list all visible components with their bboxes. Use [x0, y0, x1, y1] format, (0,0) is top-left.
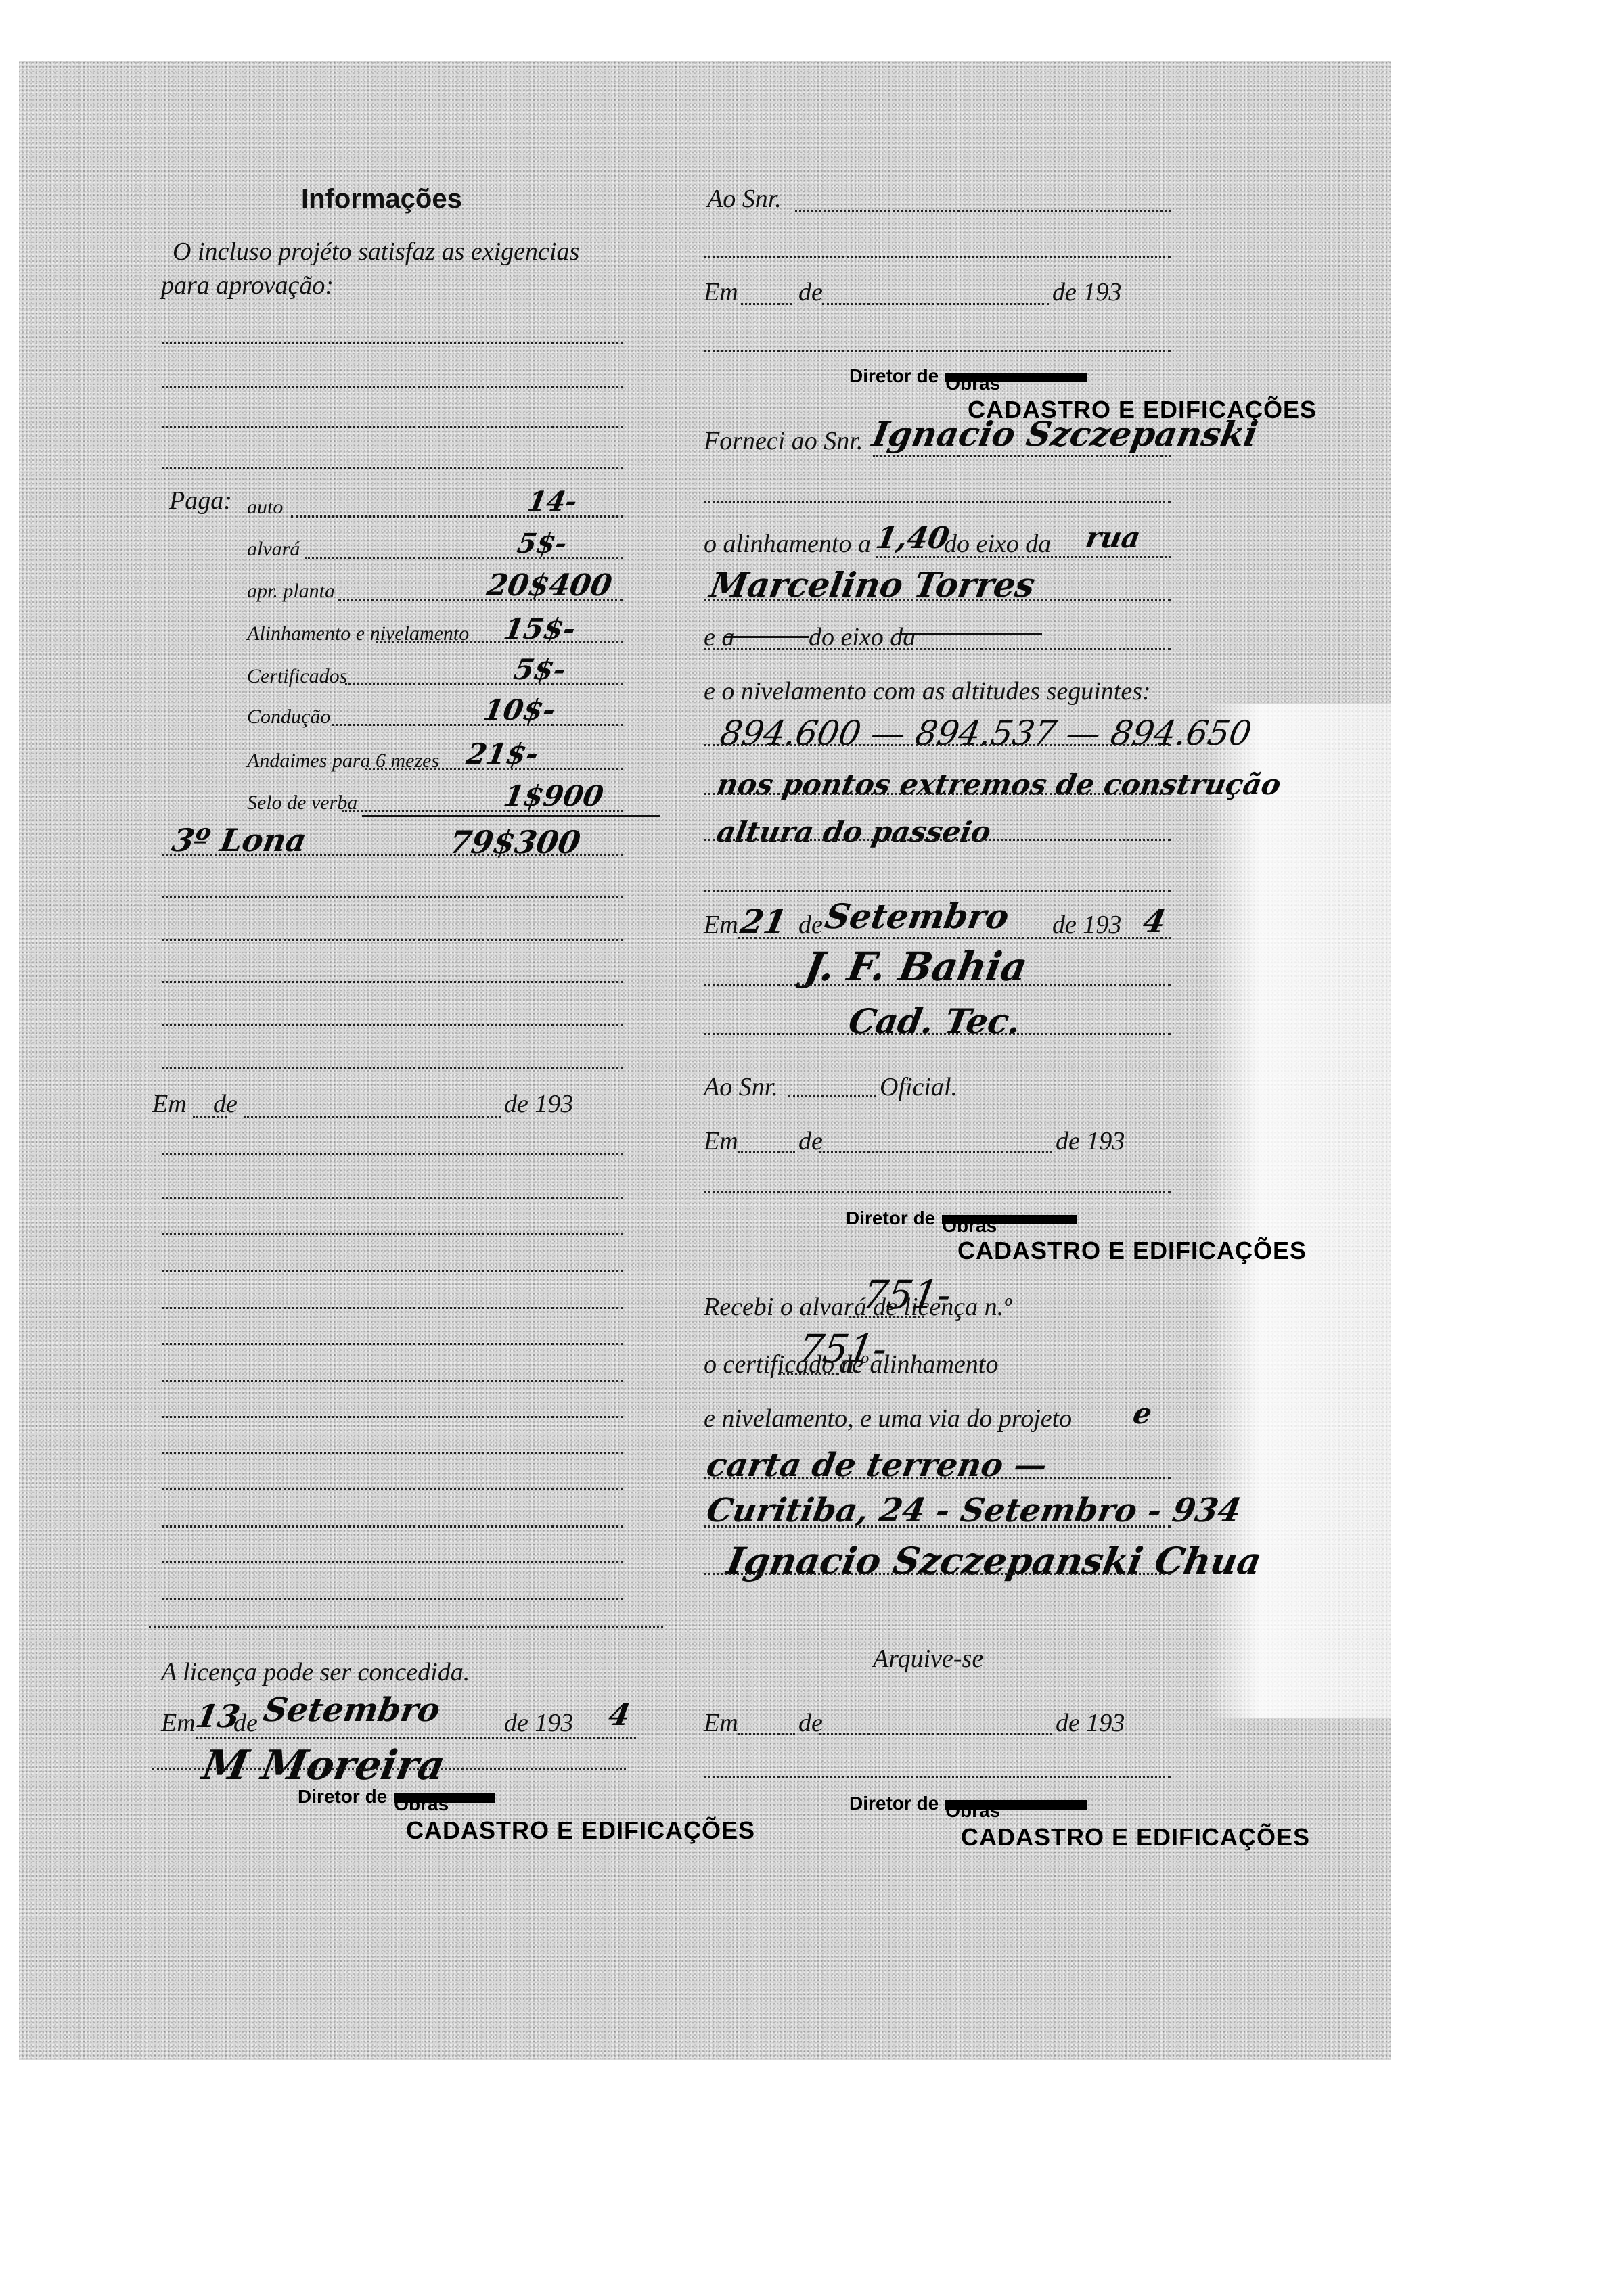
fee-value: 5$- [512, 653, 569, 686]
sum-rule [362, 815, 660, 817]
blank-line [704, 1776, 1171, 1778]
nivelamento-label: e nivelamento, e uma via do projeto [704, 1404, 1072, 1433]
ao-snr-label: Ao Snr. [707, 184, 782, 214]
handwritten-line: altura do passeio [715, 815, 993, 848]
date-year: de 193 [504, 1089, 573, 1119]
blank-line [704, 1033, 1171, 1035]
stamp-struck-word: Obras [945, 1800, 1087, 1810]
alinhamento-prefix: o alinhamento a [704, 529, 871, 559]
stamp-diretor-text: Diretor de [298, 1786, 387, 1807]
ao-snr-line [788, 1095, 876, 1097]
block1-year: de 193 [1052, 277, 1121, 307]
nivelamento-text: e o nivelamento com as altitudes seguint… [704, 676, 1151, 706]
blank-line [162, 342, 623, 344]
blank-line [162, 1343, 623, 1345]
blank-line [704, 1191, 1171, 1193]
alinhamento-value: 1,40 [874, 521, 952, 555]
block3-day-line [738, 1151, 795, 1153]
recebi-value: 751- [859, 1272, 955, 1318]
blank-line [704, 1477, 1171, 1479]
fee-value: 1$900 [501, 779, 606, 812]
alinhamento-line [876, 556, 1171, 558]
blank-line [149, 1626, 663, 1628]
blank-line [162, 1380, 623, 1382]
licenca-em: Em [161, 1708, 196, 1738]
stamp-diretor: Diretor deObras [298, 1786, 495, 1808]
stamp-diretor: Diretor deObras [846, 1208, 1077, 1229]
ao-snr-line [795, 210, 1171, 212]
blank-line [704, 1525, 1171, 1528]
fee-label: Selo de verba [247, 791, 357, 814]
blank-line [162, 426, 623, 428]
blank-line [162, 939, 623, 941]
block1-month-line [822, 303, 1049, 305]
block3-em: Em [704, 1126, 738, 1156]
blank-line [704, 839, 1171, 841]
fee-line [332, 724, 623, 726]
stamp-department: CADASTRO E EDIFICAÇÕES [961, 1823, 1310, 1852]
blank-line [162, 1307, 623, 1309]
signature-line [704, 984, 1171, 986]
date-em: Em [152, 1089, 187, 1119]
stamp-diretor: Diretor deObras [849, 1793, 1087, 1814]
blank-line [162, 1197, 623, 1199]
arquive-label: Arquive-se [873, 1644, 983, 1674]
fee-value: 21$- [464, 737, 541, 771]
licenca-month: Setembro [261, 1691, 443, 1729]
altitudes-line [704, 744, 1171, 746]
fee-value: 14- [525, 486, 580, 518]
stamp-struck-word: Obras [394, 1793, 495, 1803]
blank-line [704, 1573, 1171, 1575]
fee-value: 10$- [481, 693, 558, 727]
fee-value: 20$400 [484, 568, 615, 603]
blank-line [704, 890, 1171, 892]
dash-stroke [900, 633, 1042, 635]
block5-month-line [819, 1733, 1052, 1735]
fee-label: alvará [247, 538, 300, 561]
intro-line-1: O incluso projéto satisfaz as exigencias [173, 237, 579, 267]
blank-line [162, 1488, 623, 1490]
date-de: de [798, 910, 823, 940]
blank-line [162, 896, 623, 898]
forneci-line [873, 455, 1171, 457]
block5-em: Em [704, 1708, 738, 1738]
block1-de: de [798, 277, 823, 307]
stamp-struck-word: Obras [945, 373, 1087, 382]
e-a-line [704, 648, 1171, 650]
fee-value: 15$- [501, 612, 579, 645]
licenca-signature: M Moreira [199, 1742, 449, 1789]
alinhamento-street-type: rua [1083, 521, 1144, 554]
date-year: de 193 [1052, 910, 1121, 940]
stamp-struck-word: Obras [942, 1215, 1077, 1224]
blank-line [162, 1270, 623, 1272]
street-line [704, 599, 1171, 601]
block5-day-line [738, 1733, 795, 1735]
block1-em: Em [704, 277, 738, 307]
oficial-label: Oficial. [880, 1072, 957, 1102]
stamp-diretor-text: Diretor de [846, 1208, 935, 1229]
block1-day-line [741, 303, 792, 305]
blank-line [704, 350, 1171, 352]
date-em: Em [704, 910, 738, 940]
licenca-de: de [233, 1708, 258, 1738]
blank-line [162, 467, 623, 469]
fee-line [345, 683, 623, 685]
blank-line [162, 1067, 623, 1069]
signature-line [152, 1768, 626, 1770]
paga-label: Paga: [169, 486, 232, 515]
form-heading: Informações [301, 184, 462, 214]
blank-line [162, 1233, 623, 1235]
date-de: de [213, 1089, 238, 1119]
total-label: 3º Lona [169, 822, 309, 858]
fee-label: Condução [247, 706, 330, 729]
stamp-diretor-text: Diretor de [849, 365, 939, 386]
signature-role: Cad. Tec. [846, 1001, 1024, 1041]
date-month: Setembro [822, 896, 1012, 936]
blank-line [162, 1561, 623, 1563]
fee-line [304, 557, 623, 559]
blank-line [162, 1153, 623, 1155]
blank-line [704, 256, 1171, 258]
blank-line [162, 1024, 623, 1026]
licenca-text: A licença pode ser concedida. [161, 1657, 470, 1687]
date-month-line [244, 1116, 501, 1118]
stamp-department: CADASTRO E EDIFICAÇÕES [957, 1237, 1307, 1265]
stamp-diretor-text: Diretor de [849, 1793, 939, 1814]
blank-line [162, 1598, 623, 1600]
signature: J. F. Bahia [801, 944, 1031, 990]
handwritten-line: nos pontos extremos de construção [715, 768, 1284, 801]
fee-line [376, 641, 623, 643]
block3-year: de 193 [1056, 1126, 1125, 1156]
blank-line [162, 386, 623, 388]
licenca-year: de 193 [504, 1708, 573, 1738]
blank-line [162, 1525, 623, 1528]
blank-line [704, 501, 1171, 503]
stamp-diretor: Diretor deObras [849, 365, 1087, 387]
ao-snr-label: Ao Snr. [704, 1072, 778, 1102]
blank-line [162, 1452, 623, 1454]
certificado-suffix: de alinhamento [839, 1350, 998, 1379]
blank-line [704, 793, 1171, 795]
fee-label: Certificados [247, 665, 347, 688]
date-day: 21 [738, 903, 790, 941]
block3-month-line [819, 1151, 1052, 1153]
altitudes-value: 894.600 — 894.537 — 894.650 [717, 714, 1255, 753]
fee-label: apr. planta [247, 580, 335, 603]
handwritten-signature: Ignacio Szczepanski Chua [723, 1539, 1265, 1582]
stamp-department: CADASTRO E EDIFICAÇÕES [406, 1816, 755, 1845]
fee-label: auto [247, 496, 283, 519]
block5-year: de 193 [1056, 1708, 1125, 1738]
fee-value: 5$- [515, 528, 570, 559]
blank-line [162, 1416, 623, 1418]
intro-line-2: para aprovação: [161, 271, 334, 300]
forneci-label: Forneci ao Snr. [704, 426, 863, 456]
certificado-line [778, 1373, 839, 1375]
forneci-name: Ignacio Szczepanski [870, 414, 1261, 454]
blank-line [162, 981, 623, 983]
blank-line [162, 854, 623, 856]
alinhamento-mid: do eixo da [944, 529, 1051, 559]
handwritten-date: Curitiba, 24 - Setembro - 934 [704, 1492, 1244, 1530]
dash-stroke [724, 636, 809, 638]
